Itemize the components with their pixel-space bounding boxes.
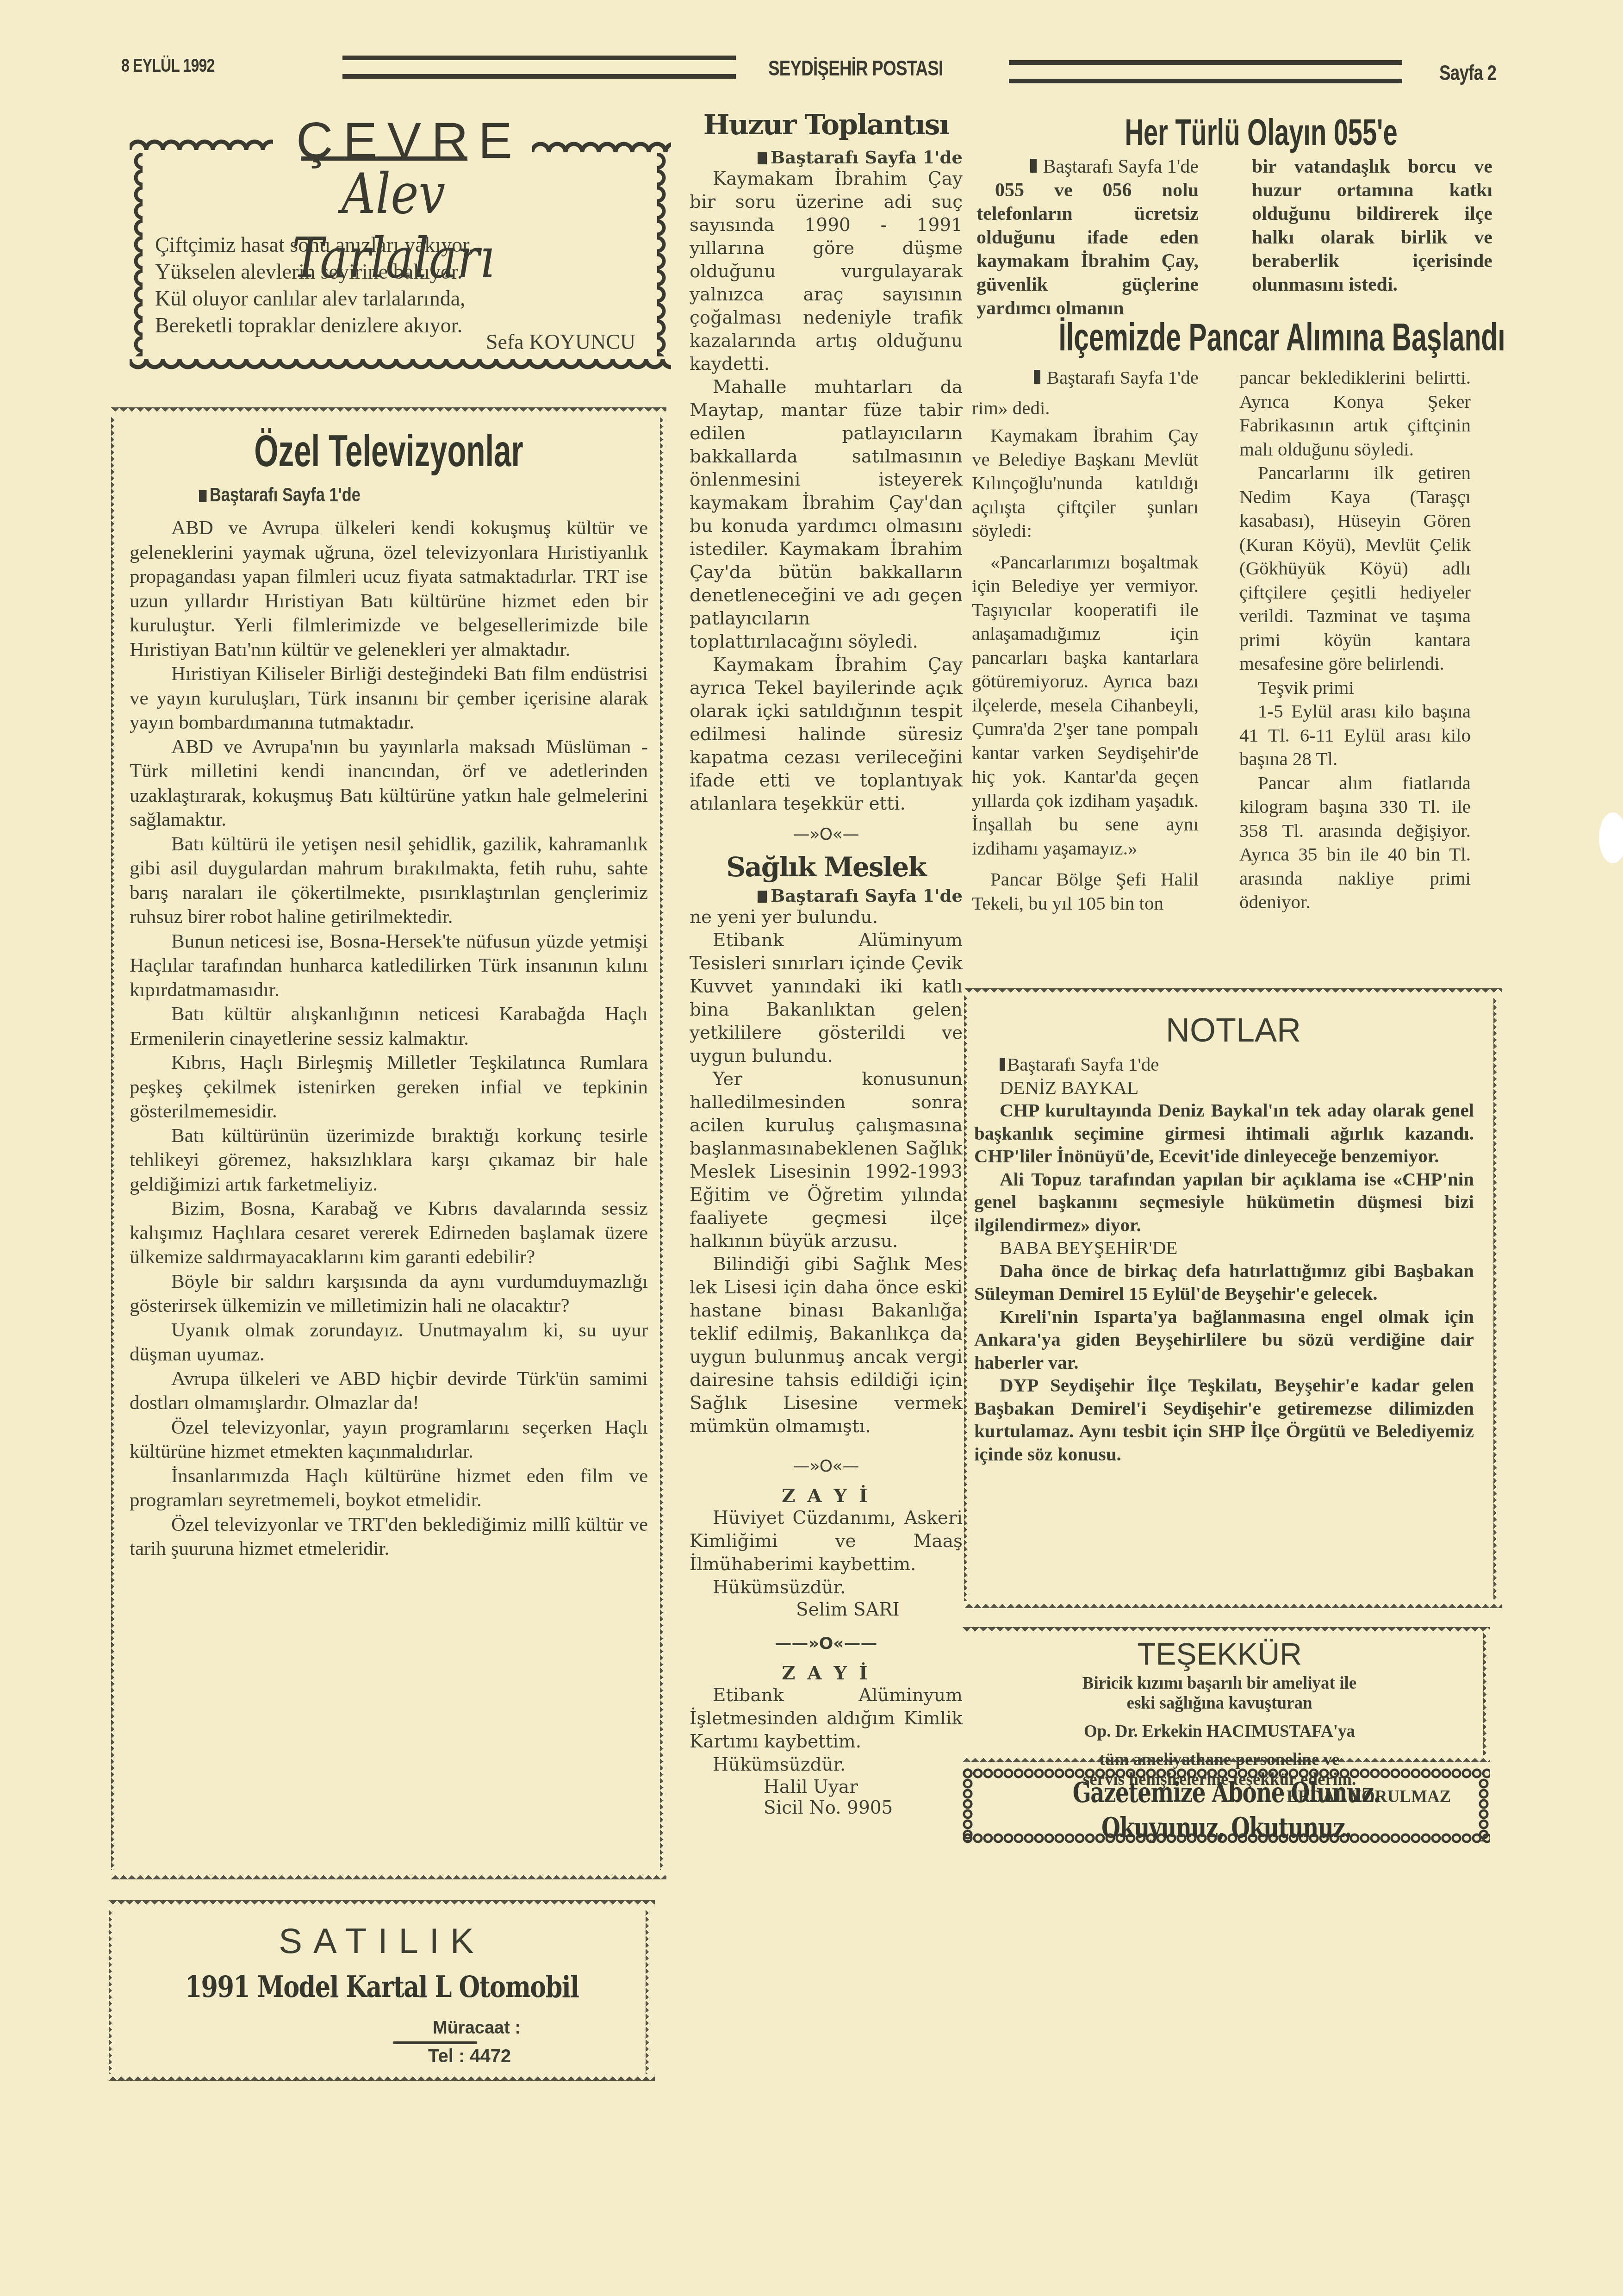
paragraph: Batı kültürünün üzerimizde bıraktığı kor… <box>130 1124 648 1197</box>
paragraph: Batı kültürü ile yetişen nesil şehidlik,… <box>130 832 648 930</box>
paragraph: ABD ve Avrupa'nın bu yayınlarla maksadı … <box>130 735 648 832</box>
paragraph: Böyle bir saldırı karşısında da aynı vur… <box>130 1270 648 1318</box>
header-rule-left <box>342 56 736 79</box>
continued-label: Baştarafı Sayfa 1'de <box>771 147 963 168</box>
article-title-pancar: İlçemizde Pancar Alımına Başlandı <box>1059 315 1464 360</box>
separator: —»O«— <box>690 825 963 844</box>
paper-name: SEYDİŞEHİR POSTASI <box>768 56 943 81</box>
paragraph: İnsanlarımızda Haçlı kültürüne hizmet ed… <box>130 1464 648 1513</box>
ad-title: SATILIK <box>109 1921 655 1961</box>
paragraph: rim» dedi. <box>972 396 1199 420</box>
zayi-void: Hükümsüzdür. <box>690 1576 963 1599</box>
wavy-border-right <box>657 153 670 356</box>
tesekkur-title: TEŞEKKÜR <box>963 1636 1476 1672</box>
paragraph: Uyanık olmak zorundayız. Unutmayalım ki,… <box>130 1318 648 1367</box>
paragraph: Kıbrıs, Haçlı Birleşmiş Milletler Teşkil… <box>130 1051 648 1124</box>
olay055-col2: bir vatandaşlık borcu ve huzur ortamına … <box>1252 155 1492 297</box>
poem-line: Çiftçimiz hasat sonu anızları yakıyor, <box>155 231 641 258</box>
continued-label: Baştarafı Sayfa 1'de <box>771 886 963 906</box>
notlar-body: Baştarafı Sayfa 1'de DENİZ BAYKAL CHP ku… <box>974 1053 1474 1466</box>
poem-line: Yükselen alevlerin seyirine bakıyor. <box>155 258 641 285</box>
zigzag-border-bottom <box>109 2072 655 2081</box>
paragraph: CHP kurultayında Deniz Baykal'ın tek ada… <box>974 1099 1474 1168</box>
paragraph: Daha önce de birkaç defa hatırlattığımız… <box>974 1260 1474 1305</box>
continued-label: Baştarafı Sayfa 1'de <box>210 484 361 505</box>
wavy-border-top-left <box>130 134 273 150</box>
continued-label: Baştarafı Sayfa 1'de <box>1007 1054 1159 1075</box>
tesekkur-box: TEŞEKKÜR Biricik kızımı başarılı bir ame… <box>963 1627 1490 1757</box>
paragraph: ne yeni yer bulundu. <box>690 906 963 929</box>
paragraph: Ali Topuz tarafından yapılan bir açıklam… <box>974 1168 1474 1237</box>
abone-line: Gazetemize Abone Olunuz. <box>1020 1775 1432 1810</box>
chain-border-right <box>1479 1778 1489 1841</box>
paragraph: Kaymakam İbrahim Çay ayrıca Tekel bayile… <box>690 654 963 816</box>
wavy-border-bottom <box>130 359 671 374</box>
continued-from: Baştarafı Sayfa 1'de <box>690 147 963 168</box>
paragraph: 1-5 Eylül arası kilo başına 41 Tl. 6-11 … <box>1239 699 1471 771</box>
notlar-title: NOTLAR <box>965 1011 1502 1049</box>
punch-hole <box>1599 812 1623 863</box>
bullet-square-icon <box>1034 370 1040 384</box>
zigzag-border-top <box>111 407 666 416</box>
zigzag-border-bottom <box>111 1871 666 1879</box>
paragraph: «Pancarlarımızı boşaltmak için Belediye … <box>972 550 1199 861</box>
bullet-square-icon <box>1000 1058 1005 1071</box>
separator: ——»O«—— <box>690 1634 963 1653</box>
paragraph: Bilindiği gibi Sağlık Mes lek Lisesi içi… <box>690 1253 963 1438</box>
continued-from: Baştarafı Sayfa 1'de <box>199 484 361 506</box>
ad-item: 1991 Model Kartal L Otomobil <box>158 1970 606 2004</box>
zayi-body: Hüviyet Cüzdanımı, Askeri Kimliğimi ve M… <box>690 1507 963 1599</box>
paragraph: Pancar Bölge Şefi Halil Tekeli, bu yıl 1… <box>972 867 1199 915</box>
poem-body: Çiftçimiz hasat sonu anızları yakıyor, Y… <box>155 231 641 339</box>
paragraph: bir vatandaşlık borcu ve huzur ortamına … <box>1252 155 1492 297</box>
article-body: ABD ve Avrupa ülkeleri kendi kokuşmuş kü… <box>130 516 648 1561</box>
section-underline <box>301 156 467 161</box>
ad-rule <box>393 2041 477 2044</box>
tesekkur-line: tüm ameliyathane personeline ve <box>963 1750 1476 1770</box>
paragraph: Mahalle muhtarları da Maytap, mantar füz… <box>690 376 963 654</box>
zayi-name: Halil Uyar <box>690 1777 963 1797</box>
abone-text: Gazetemize Abone Olunuz. Okuyunuz, Okutu… <box>1020 1775 1432 1846</box>
paragraph: pancar beklediklerini belirtti. Ayrıca K… <box>1239 366 1471 461</box>
zigzag-border-top <box>965 988 1502 995</box>
continued-from: Baştarafı Sayfa 1'de <box>972 366 1199 390</box>
zayi-title: Z A Y İ <box>690 1662 963 1684</box>
middle-column: Huzur Toplantısı Baştarafı Sayfa 1'de Ka… <box>690 106 963 1818</box>
bullet-square-icon <box>1030 159 1037 173</box>
wavy-border-left <box>130 153 143 356</box>
paragraph: Kaymakam İbrahim Çay bir soru üzerine ad… <box>690 168 963 376</box>
bullet-square-icon <box>758 152 767 164</box>
tesekkur-line: Op. Dr. Erkekin HACIMUSTAFA'ya <box>963 1722 1476 1741</box>
zigzag-border-top <box>963 1627 1490 1633</box>
abone-line: Okuyunuz, Okutunuz. <box>1020 1810 1432 1846</box>
article-title: Özel Televizyonlar <box>194 426 583 477</box>
paragraph: Avrupa ülkeleri ve ABD hiçbir devirde Tü… <box>130 1367 648 1416</box>
zayi-void: Hükümsüzdür. <box>690 1753 963 1777</box>
olay055-col1: Baştarafı Sayfa 1'de 055 ve 056 nolu tel… <box>976 155 1199 320</box>
continued-from: Baştarafı Sayfa 1'de <box>974 1053 1474 1076</box>
continued-from: Baştarafı Sayfa 1'de <box>690 886 963 906</box>
continued-label: Baştarafı Sayfa 1'de <box>1047 367 1199 388</box>
zigzag-border-left <box>964 995 969 1601</box>
zigzag-border-bottom <box>965 1602 1502 1608</box>
bullet-square-icon <box>758 891 767 903</box>
section-title: ÇEVRE <box>296 111 522 170</box>
poem-line: Kül oluyor canlılar alev tarlalarında, <box>155 285 641 312</box>
bullet-square-icon <box>199 490 206 502</box>
zayi-text: Hüviyet Cüzdanımı, Askeri Kimliğimi ve M… <box>690 1507 963 1576</box>
paragraph: Teşvik primi <box>1239 676 1471 700</box>
zayi-body: Etibank Alüminyum İşletmesinden aldığım … <box>690 1684 963 1777</box>
article-title-055: Her Türlü Olayın 055'e <box>1059 111 1464 154</box>
page-number: Sayfa 2 <box>1439 60 1496 85</box>
huzur-body: Kaymakam İbrahim Çay bir soru üzerine ad… <box>690 168 963 816</box>
paragraph: Yer konusunun halledilmesinden sonra aci… <box>690 1068 963 1253</box>
paragraph: ABD ve Avrupa ülkeleri kendi kokuşmuş kü… <box>130 516 648 662</box>
paragraph: Kaymakam İbrahim Çay ve Belediye Başkanı… <box>972 424 1199 543</box>
zigzag-border-right <box>1483 1633 1488 1755</box>
paragraph: Pancarlarını ilk getiren Nedim Kaya (Tar… <box>1239 461 1471 676</box>
poem-author: Sefa KOYUNCU <box>486 329 635 356</box>
continued-from: Baştarafı Sayfa 1'de <box>976 155 1199 179</box>
separator: —»O«— <box>690 1457 963 1476</box>
continued-label: Baştarafı Sayfa 1'de <box>1043 156 1199 177</box>
paragraph: Kıreli'nin Isparta'ya bağlanmasına engel… <box>974 1305 1474 1374</box>
paragraph: Pancar alım fiatlarıda kilogram başına 3… <box>1239 771 1471 914</box>
tesekkur-line: Biricik kızımı başarılı bir ameliyat ile <box>963 1673 1476 1693</box>
zigzag-border-left <box>111 417 118 1870</box>
zigzag-border-right <box>660 417 666 1870</box>
cevre-box: ÇEVRE Alev Tarlaları Çiftçimiz hasat son… <box>116 116 671 384</box>
paragraph: Hıristiyan Kiliseler Birliği desteğindek… <box>130 662 648 735</box>
subhead: DENİZ BAYKAL <box>974 1076 1474 1099</box>
article-title-huzur: Huzur Toplantısı <box>690 106 963 143</box>
header-rule-right <box>1009 60 1402 83</box>
zayi-id: Sicil No. 9905 <box>690 1797 963 1818</box>
paragraph: Özel televizyonlar, yayın programlarını … <box>130 1416 648 1464</box>
paragraph: Batı kültür alışkanlığının neticesi Kara… <box>130 1002 648 1051</box>
paragraph: Bizim, Bosna, Karabağ ve Kıbrıs davaları… <box>130 1197 648 1270</box>
paragraph: 055 ve 056 nolu telefonların ücretsiz ol… <box>976 179 1199 320</box>
zigzag-border-top <box>109 1900 655 1909</box>
zayi-title: Z A Y İ <box>690 1485 963 1507</box>
saglik-body: ne yeni yer bulundu. Etibank Alüminyum T… <box>690 906 963 1438</box>
subhead: BABA BEYŞEHİR'DE <box>974 1236 1474 1260</box>
paragraph: Özel televizyonlar ve TRT'den beklediğim… <box>130 1513 648 1561</box>
pancar-col2: pancar beklediklerini belirtti. Ayrıca K… <box>1239 366 1471 914</box>
satilik-ad: SATILIK 1991 Model Kartal L Otomobil Mür… <box>109 1900 655 2081</box>
paragraph: DYP Seydişehir İlçe Teşkilatı, Beyşehir'… <box>974 1374 1474 1466</box>
chain-border-left <box>963 1768 973 1841</box>
zayi-text: Etibank Alüminyum İşletmesinden aldığım … <box>690 1684 963 1753</box>
zayi-name: Selim SARI <box>690 1599 963 1620</box>
article-title-saglik: Sağlık Meslek <box>690 849 963 886</box>
notlar-box: NOTLAR Baştarafı Sayfa 1'de DENİZ BAYKAL… <box>965 988 1502 1609</box>
ozel-tv-article: Özel Televizyonlar Baştarafı Sayfa 1'de … <box>111 407 666 1879</box>
pancar-col1: Baştarafı Sayfa 1'de rim» dedi. Kaymakam… <box>972 366 1199 915</box>
zigzag-border-right <box>1493 998 1498 1599</box>
wavy-border-top-right <box>532 137 671 152</box>
tesekkur-line: eski sağlığına kavuşturan <box>963 1693 1476 1713</box>
paragraph: Etibank Alüminyum Tesisleri sınırları iç… <box>690 929 963 1068</box>
ad-contact-label: Müracaat : <box>433 2018 521 2038</box>
issue-date: 8 EYLÜL 1992 <box>121 56 214 76</box>
paragraph: Bunun neticesi ise, Bosna-Hersek'te nüfu… <box>130 930 648 1003</box>
ad-phone: Tel : 4472 <box>428 2046 511 2067</box>
